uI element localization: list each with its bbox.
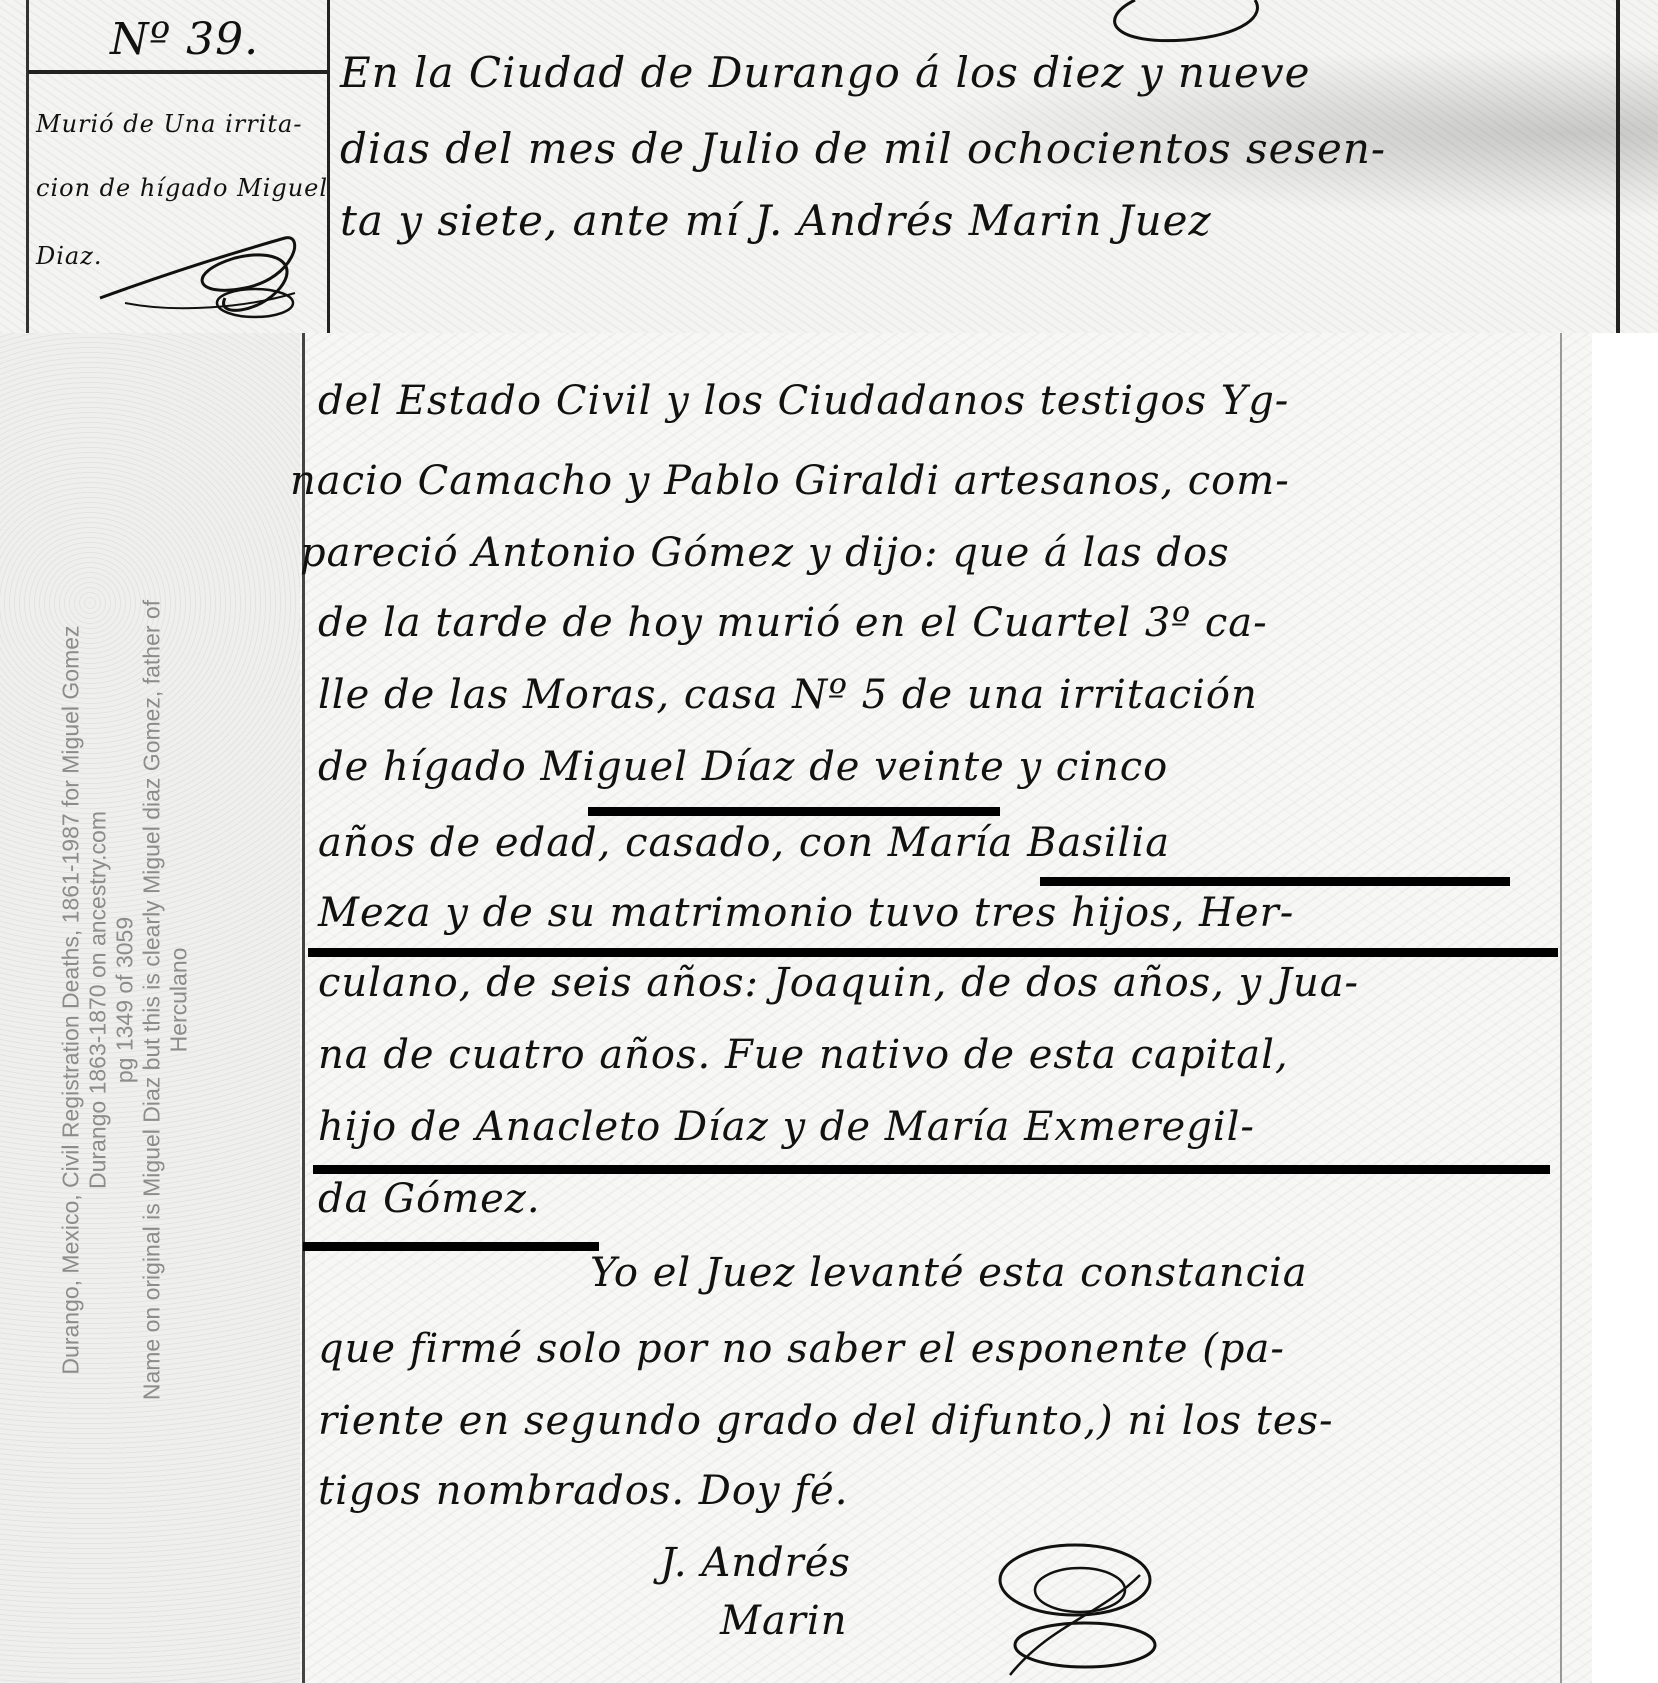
record-text-line: lle de las Moras, casa Nº 5 de una irrit… [318, 672, 1258, 718]
entry-number-underline [28, 70, 328, 74]
signature-rubric-icon [990, 1535, 1160, 1683]
margin-rule [26, 0, 29, 333]
record-text-line: Yo el Juez levanté esta constancia [590, 1250, 1308, 1296]
record-text-line: tigos nombrados. Doy fé. [318, 1468, 848, 1514]
record-text-line: del Estado Civil y los Ciudadanos testig… [318, 378, 1289, 424]
record-text-line: pareció Antonio Gómez y dijo: que á las … [300, 530, 1230, 576]
record-text-line: de la tarde de hoy murió en el Cuartel 3… [318, 600, 1268, 646]
name-underline-parents [313, 1165, 1550, 1174]
record-text-line: En la Ciudad de Durango á los diez y nue… [340, 48, 1310, 97]
margin-note-line: Murió de Una irrita- [36, 112, 302, 136]
record-text-line: de hígado Miguel Díaz de veinte y cinco [318, 744, 1168, 790]
record-text-line: nacio Camacho y Pablo Giraldi artesanos,… [290, 458, 1290, 504]
column-rule [327, 0, 330, 333]
record-text-line: ta y siete, ante mí J. Andrés Marin Juez [340, 196, 1212, 245]
name-underline-meza-herculano [308, 948, 1558, 957]
name-underline-gomez [303, 1242, 599, 1251]
record-text-line: na de cuatro años. Fue nativo de esta ca… [318, 1032, 1289, 1078]
record-text-line: hijo de Anacleto Díaz y de María Exmereg… [318, 1104, 1255, 1150]
record-text-line: que firmé solo por no saber el esponente… [318, 1326, 1285, 1372]
margin-rubric-flourish-icon [95, 218, 305, 323]
record-text-line: años de edad, casado, con María Basilia [318, 820, 1170, 866]
record-text-line: dias del mes de Julio de mil ochocientos… [340, 124, 1386, 173]
signature-line-2: Marin [720, 1598, 847, 1644]
record-text-line: da Gómez. [318, 1176, 541, 1222]
annotation-line: pg 1349 of 3059 [112, 520, 139, 1480]
annotation-line: Herculano [166, 520, 193, 1480]
top-swirl-flourish-icon [1095, 0, 1265, 50]
entry-number: Nº 39. [110, 14, 259, 65]
signature-line-1: J. Andrés [660, 1540, 851, 1586]
record-text-line: riente en segundo grado del difunto,) ni… [318, 1398, 1334, 1444]
margin-note-line: cion de hígado Miguel [36, 176, 328, 200]
name-underline-maria-basilia [1040, 877, 1510, 886]
body-right-rule [1560, 333, 1562, 1683]
record-text-line: Meza y de su matrimonio tuvo tres hijos,… [318, 890, 1294, 936]
name-underline-miguel-diaz [588, 807, 1000, 816]
record-text-line: culano, de seis años: Joaquin, de dos añ… [318, 960, 1359, 1006]
top-scan-strip: Nº 39. Murió de Una irrita- cion de híga… [0, 0, 1658, 333]
margin-note-line: Diaz. [36, 244, 103, 268]
right-page-rule [1616, 0, 1620, 333]
annotation-line: Durango, Mexico, Civil Registration Deat… [58, 520, 85, 1480]
annotation-line: Durango 1863-1870 on ancestry.com [85, 520, 112, 1480]
annotation-line: Name on original is Miguel Diaz but this… [139, 520, 166, 1480]
